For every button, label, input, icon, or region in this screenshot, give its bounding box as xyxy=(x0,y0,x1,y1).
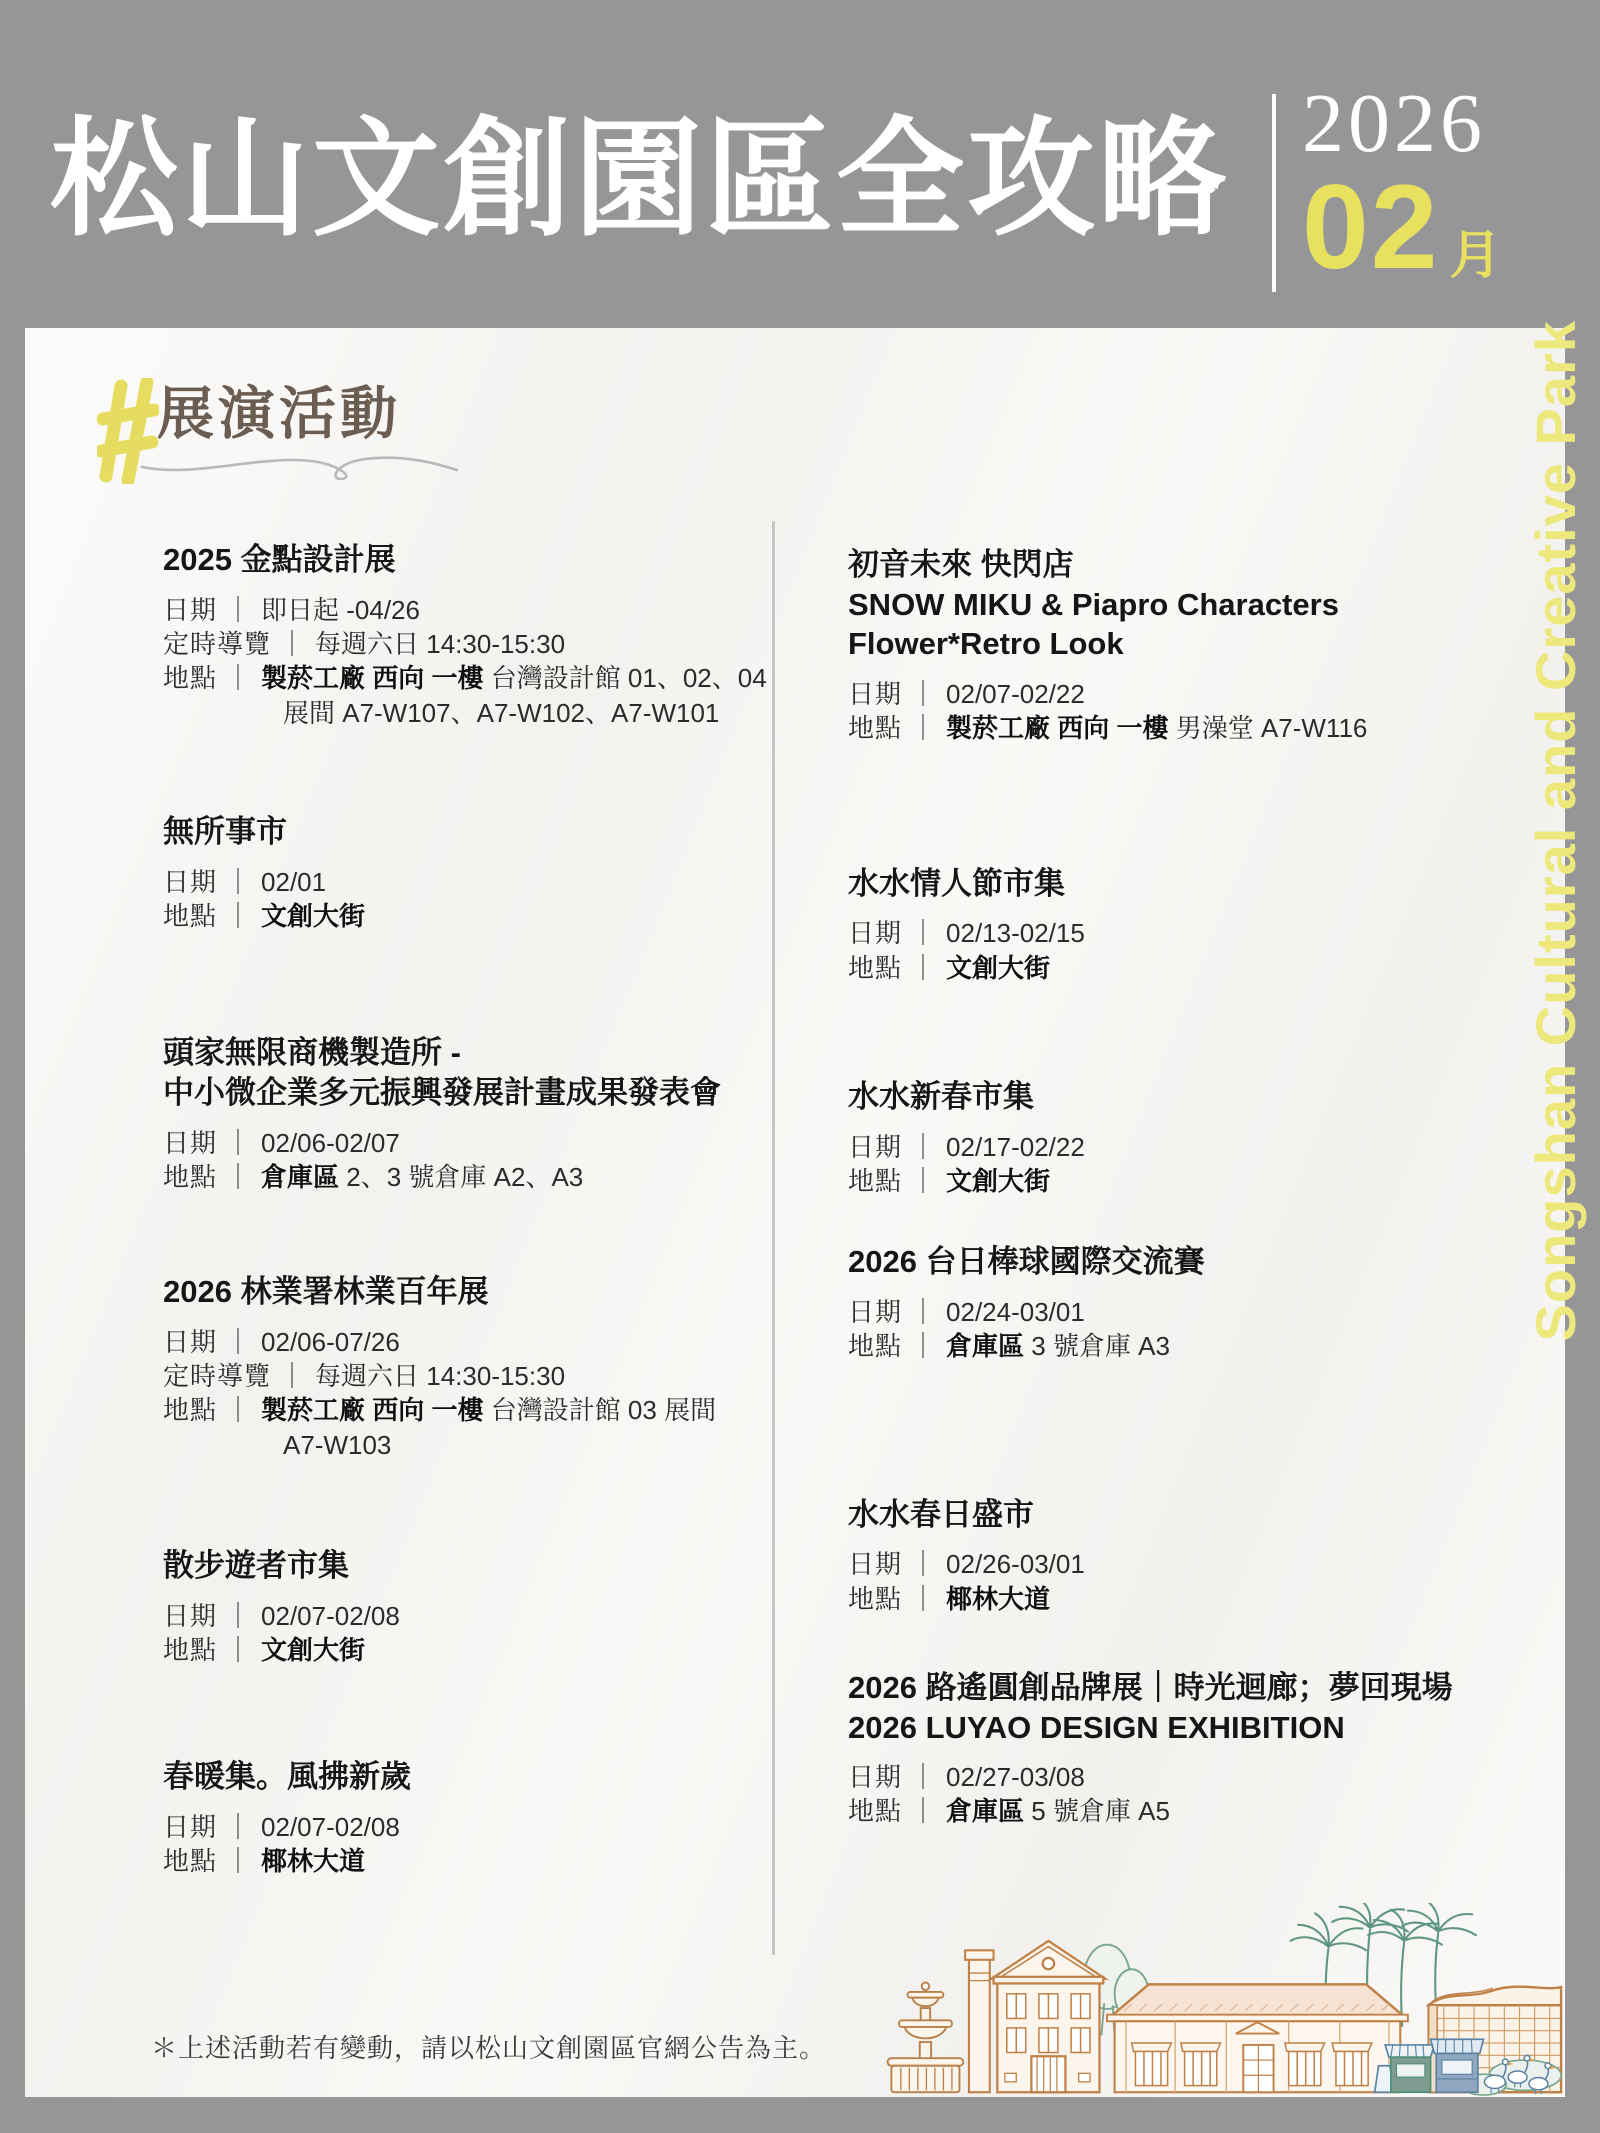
event-row: 地點｜椰林大道 xyxy=(163,1844,768,1878)
event-title: 水水情人節市集 xyxy=(848,864,1508,904)
row-value: 02/01 xyxy=(261,867,326,897)
event-block: 2026 路遙圓創品牌展｜時光迴廊；夢回現場2026 LUYAO DESIGN … xyxy=(848,1668,1508,1829)
event-title: 頭家無限商機製造所 -中小微企業多元振興發展計畫成果發表會 xyxy=(163,1033,768,1112)
event-row: 日期｜02/24-03/01 xyxy=(848,1295,1508,1329)
row-separator: ｜ xyxy=(279,1361,305,1391)
row-label: 地點 xyxy=(163,1395,217,1425)
row-value: 02/17-02/22 xyxy=(946,1132,1085,1162)
value-segment: 文創大街 xyxy=(261,901,365,931)
column-divider xyxy=(772,521,775,1955)
value-segment: 製菸工廠 西向 一樓 xyxy=(261,1395,483,1425)
event-block: 初音未來 快閃店SNOW MIKU & Piapro CharactersFlo… xyxy=(848,545,1508,746)
value-segment: 男澡堂 A7-W116 xyxy=(1168,713,1367,743)
event-row: 日期｜02/06-02/07 xyxy=(163,1126,768,1160)
row-value: 02/07-02/08 xyxy=(261,1601,400,1631)
event-title-line: 水水春日盛市 xyxy=(848,1495,1508,1535)
value-segment: 02/06-02/07 xyxy=(261,1128,400,1158)
event-row: 日期｜02/13-02/15 xyxy=(848,916,1508,950)
row-label: 日期 xyxy=(848,1549,902,1579)
event-block: 2025 金點設計展日期｜即日起 -04/26定時導覽｜每週六日 14:30-1… xyxy=(163,540,768,730)
row-label: 日期 xyxy=(848,1132,902,1162)
row-separator: ｜ xyxy=(225,1128,251,1158)
event-title-line: 2026 路遙圓創品牌展｜時光迴廊；夢回現場 xyxy=(848,1668,1508,1708)
row-value: 02/24-03/01 xyxy=(946,1297,1085,1327)
fountain-icon xyxy=(888,1983,964,2093)
row-value: 文創大街 xyxy=(946,1166,1050,1196)
heritage-hall-icon xyxy=(1107,1984,1408,2092)
event-title-line: 頭家無限商機製造所 - xyxy=(163,1033,768,1073)
row-label: 日期 xyxy=(163,1601,217,1631)
event-block: 無所事市日期｜02/01地點｜文創大街 xyxy=(163,812,768,933)
row-value: 02/06-02/07 xyxy=(261,1128,400,1158)
row-value: 倉庫區 2、3 號倉庫 A2、A3 xyxy=(261,1162,583,1192)
event-title-line: 2026 林業署林業百年展 xyxy=(163,1272,768,1312)
event-title-line: 中小微企業多元振興發展計畫成果發表會 xyxy=(163,1073,768,1113)
row-separator: ｜ xyxy=(225,595,251,625)
event-title: 2025 金點設計展 xyxy=(163,540,768,580)
row-separator: ｜ xyxy=(279,629,305,659)
event-row: 日期｜即日起 -04/26 xyxy=(163,593,768,627)
event-block: 2026 林業署林業百年展日期｜02/06-07/26定時導覽｜每週六日 14:… xyxy=(163,1272,768,1462)
event-title-line: 初音未來 快閃店 xyxy=(848,545,1508,585)
row-separator: ｜ xyxy=(910,713,936,743)
value-segment: 5 號倉庫 A5 xyxy=(1024,1796,1170,1826)
row-label: 地點 xyxy=(163,1846,217,1876)
value-segment: 3 號倉庫 A3 xyxy=(1024,1331,1170,1361)
row-separator: ｜ xyxy=(225,1327,251,1357)
squiggle-underline xyxy=(139,450,461,480)
row-value: 倉庫區 5 號倉庫 A5 xyxy=(946,1796,1170,1826)
events-column-right: 初音未來 快閃店SNOW MIKU & Piapro CharactersFlo… xyxy=(848,545,1508,1829)
row-label: 日期 xyxy=(163,1812,217,1842)
value-segment: 02/13-02/15 xyxy=(946,918,1085,948)
event-title: 水水新春市集 xyxy=(848,1077,1508,1117)
row-label: 日期 xyxy=(163,867,217,897)
row-label: 日期 xyxy=(848,1297,902,1327)
row-separator: ｜ xyxy=(910,1132,936,1162)
value-segment: 即日起 -04/26 xyxy=(261,595,420,625)
value-segment: 每週六日 14:30-15:30 xyxy=(315,629,565,659)
row-continuation: 展間 A7-W107、A7-W102、A7-W101 xyxy=(283,696,768,730)
event-title: 初音未來 快閃店SNOW MIKU & Piapro CharactersFlo… xyxy=(848,545,1508,664)
value-segment: 02/07-02/22 xyxy=(946,679,1085,709)
event-row: 日期｜02/07-02/08 xyxy=(163,1810,768,1844)
row-value: 每週六日 14:30-15:30 xyxy=(315,629,565,659)
row-label: 日期 xyxy=(848,679,902,709)
paper-sheet: 展演活動 2025 金點設計展日期｜即日起 -04/26定時導覽｜每週六日 14… xyxy=(25,328,1565,2097)
event-block: 水水春日盛市日期｜02/26-03/01地點｜椰林大道 xyxy=(848,1495,1508,1616)
row-value: 文創大街 xyxy=(261,901,365,931)
row-separator: ｜ xyxy=(910,1549,936,1579)
row-separator: ｜ xyxy=(910,679,936,709)
row-value: 02/27-03/08 xyxy=(946,1762,1085,1792)
event-title-line: 2026 台日棒球國際交流賽 xyxy=(848,1242,1508,1282)
park-illustration xyxy=(863,1903,1563,2097)
row-separator: ｜ xyxy=(910,953,936,983)
month-number: 02 xyxy=(1302,170,1439,284)
row-separator: ｜ xyxy=(910,1297,936,1327)
row-value: 02/13-02/15 xyxy=(946,918,1085,948)
event-row: 地點｜椰林大道 xyxy=(848,1582,1508,1616)
row-separator: ｜ xyxy=(225,1812,251,1842)
event-row: 地點｜倉庫區 3 號倉庫 A3 xyxy=(848,1329,1508,1363)
event-block: 2026 台日棒球國際交流賽日期｜02/24-03/01地點｜倉庫區 3 號倉庫… xyxy=(848,1242,1508,1363)
event-row: 地點｜製菸工廠 西向 一樓 台灣設計館 01、02、04 xyxy=(163,661,768,695)
row-separator: ｜ xyxy=(225,1601,251,1631)
row-separator: ｜ xyxy=(225,1635,251,1665)
event-title-line: 無所事市 xyxy=(163,812,768,852)
value-segment: 倉庫區 xyxy=(946,1331,1024,1361)
event-title-line: 水水新春市集 xyxy=(848,1077,1508,1117)
value-segment: 台灣設計館 03 展間 xyxy=(483,1395,716,1425)
events-column-left: 2025 金點設計展日期｜即日起 -04/26定時導覽｜每週六日 14:30-1… xyxy=(163,540,768,1879)
value-segment: 文創大街 xyxy=(261,1635,365,1665)
row-label: 地點 xyxy=(848,1331,902,1361)
row-label: 地點 xyxy=(163,1635,217,1665)
event-title-line: 2025 金點設計展 xyxy=(163,540,768,580)
event-title-line: 散步遊者市集 xyxy=(163,1546,768,1586)
row-separator: ｜ xyxy=(910,1796,936,1826)
event-title: 散步遊者市集 xyxy=(163,1546,768,1586)
value-segment: 椰林大道 xyxy=(946,1584,1050,1614)
row-value: 02/06-07/26 xyxy=(261,1327,400,1357)
row-value: 文創大街 xyxy=(946,953,1050,983)
value-segment: 02/27-03/08 xyxy=(946,1762,1085,1792)
row-value: 製菸工廠 西向 一樓 台灣設計館 01、02、04 xyxy=(261,663,767,693)
row-label: 日期 xyxy=(163,1327,217,1357)
row-continuation: A7-W103 xyxy=(283,1428,768,1462)
row-label: 地點 xyxy=(848,713,902,743)
row-label: 日期 xyxy=(163,595,217,625)
event-title: 2026 路遙圓創品牌展｜時光迴廊；夢回現場2026 LUYAO DESIGN … xyxy=(848,1668,1508,1747)
event-row: 日期｜02/27-03/08 xyxy=(848,1760,1508,1794)
event-row: 日期｜02/17-02/22 xyxy=(848,1130,1508,1164)
event-row: 定時導覽｜每週六日 14:30-15:30 xyxy=(163,627,768,661)
row-value: 02/07-02/08 xyxy=(261,1812,400,1842)
date-block: 2026 02 月 xyxy=(1302,82,1502,284)
value-segment: 文創大街 xyxy=(946,1166,1050,1196)
footer-note: ＊上述活動若有變動，請以松山文創園區官網公告為主。 xyxy=(151,2028,826,2065)
row-label: 地點 xyxy=(848,953,902,983)
value-segment: 02/17-02/22 xyxy=(946,1132,1085,1162)
row-label: 定時導覽 xyxy=(163,1361,271,1391)
row-label: 地點 xyxy=(848,1796,902,1826)
chimney-icon xyxy=(965,1950,993,2092)
row-value: 椰林大道 xyxy=(946,1584,1050,1614)
section-title: 展演活動 xyxy=(157,386,401,443)
event-row: 日期｜02/01 xyxy=(163,865,768,899)
event-row: 地點｜文創大街 xyxy=(163,899,768,933)
row-label: 日期 xyxy=(848,1762,902,1792)
value-segment: 台灣設計館 01、02、04 xyxy=(483,663,766,693)
event-title: 2026 台日棒球國際交流賽 xyxy=(848,1242,1508,1282)
event-title-line: 水水情人節市集 xyxy=(848,864,1508,904)
event-row: 日期｜02/07-02/08 xyxy=(163,1599,768,1633)
row-separator: ｜ xyxy=(225,1846,251,1876)
value-segment: 每週六日 14:30-15:30 xyxy=(315,1361,565,1391)
row-label: 地點 xyxy=(163,1162,217,1192)
value-segment: 文創大街 xyxy=(946,953,1050,983)
event-title: 無所事市 xyxy=(163,812,768,852)
row-label: 地點 xyxy=(163,901,217,931)
row-label: 定時導覽 xyxy=(163,629,271,659)
row-value: 即日起 -04/26 xyxy=(261,595,420,625)
value-segment: 倉庫區 xyxy=(946,1796,1024,1826)
header-divider-line xyxy=(1272,94,1276,292)
row-value: 椰林大道 xyxy=(261,1846,365,1876)
row-label: 地點 xyxy=(163,663,217,693)
page-title: 松山文創園區全攻略 xyxy=(50,116,1229,244)
row-separator: ｜ xyxy=(225,901,251,931)
event-row: 地點｜文創大街 xyxy=(848,951,1508,985)
event-block: 頭家無限商機製造所 -中小微企業多元振興發展計畫成果發表會日期｜02/06-02… xyxy=(163,1033,768,1194)
event-title-line: SNOW MIKU & Piapro Characters xyxy=(848,585,1508,625)
event-row: 日期｜02/06-07/26 xyxy=(163,1325,768,1359)
event-row: 日期｜02/07-02/22 xyxy=(848,677,1508,711)
event-row: 地點｜文創大街 xyxy=(848,1164,1508,1198)
value-segment: 02/01 xyxy=(261,867,326,897)
event-title: 水水春日盛市 xyxy=(848,1495,1508,1535)
event-title-line: Flower*Retro Look xyxy=(848,624,1508,664)
event-row: 地點｜製菸工廠 西向 一樓 男澡堂 A7-W116 xyxy=(848,711,1508,745)
row-separator: ｜ xyxy=(910,918,936,948)
row-separator: ｜ xyxy=(225,867,251,897)
row-separator: ｜ xyxy=(910,1331,936,1361)
event-row: 地點｜倉庫區 5 號倉庫 A5 xyxy=(848,1794,1508,1828)
month-row: 02 月 xyxy=(1302,170,1502,284)
event-row: 定時導覽｜每週六日 14:30-15:30 xyxy=(163,1359,768,1393)
poster-page: 松山文創園區全攻略 2026 02 月 展演活動 2025 金點設計展日期｜即日… xyxy=(0,0,1600,2133)
event-title-line: 春暖集。風拂新歲 xyxy=(163,1757,768,1797)
row-label: 地點 xyxy=(848,1166,902,1196)
event-block: 春暖集。風拂新歲日期｜02/07-02/08地點｜椰林大道 xyxy=(163,1757,768,1878)
row-separator: ｜ xyxy=(225,1395,251,1425)
row-value: 每週六日 14:30-15:30 xyxy=(315,1361,565,1391)
row-separator: ｜ xyxy=(910,1762,936,1792)
event-row: 日期｜02/26-03/01 xyxy=(848,1547,1508,1581)
event-row: 地點｜倉庫區 2、3 號倉庫 A2、A3 xyxy=(163,1160,768,1194)
event-row: 地點｜製菸工廠 西向 一樓 台灣設計館 03 展間 xyxy=(163,1393,768,1427)
year-label: 2026 xyxy=(1302,82,1502,166)
row-separator: ｜ xyxy=(225,663,251,693)
event-block: 水水情人節市集日期｜02/13-02/15地點｜文創大街 xyxy=(848,864,1508,985)
row-value: 製菸工廠 西向 一樓 台灣設計館 03 展間 xyxy=(261,1395,716,1425)
value-segment: 02/07-02/08 xyxy=(261,1812,400,1842)
value-segment: 2、3 號倉庫 A2、A3 xyxy=(339,1162,583,1192)
event-title: 2026 林業署林業百年展 xyxy=(163,1272,768,1312)
row-value: 製菸工廠 西向 一樓 男澡堂 A7-W116 xyxy=(946,713,1367,743)
event-title-line: 2026 LUYAO DESIGN EXHIBITION xyxy=(848,1708,1508,1748)
value-segment: 02/26-03/01 xyxy=(946,1549,1085,1579)
event-row: 地點｜文創大街 xyxy=(163,1633,768,1667)
value-segment: 02/24-03/01 xyxy=(946,1297,1085,1327)
row-separator: ｜ xyxy=(910,1166,936,1196)
event-block: 水水新春市集日期｜02/17-02/22地點｜文創大街 xyxy=(848,1077,1508,1198)
row-value: 文創大街 xyxy=(261,1635,365,1665)
value-segment: 製菸工廠 西向 一樓 xyxy=(261,663,483,693)
row-value: 倉庫區 3 號倉庫 A3 xyxy=(946,1331,1170,1361)
value-segment: 02/07-02/08 xyxy=(261,1601,400,1631)
row-separator: ｜ xyxy=(910,1584,936,1614)
month-unit: 月 xyxy=(1449,229,1501,284)
value-segment: 02/06-07/26 xyxy=(261,1327,400,1357)
value-segment: 椰林大道 xyxy=(261,1846,365,1876)
row-label: 日期 xyxy=(848,918,902,948)
event-block: 散步遊者市集日期｜02/07-02/08地點｜文創大街 xyxy=(163,1546,768,1667)
value-segment: 製菸工廠 西向 一樓 xyxy=(946,713,1168,743)
side-wordmark: Songshan Cultural and Creative Park xyxy=(1528,320,1584,1341)
row-value: 02/26-03/01 xyxy=(946,1549,1085,1579)
row-value: 02/07-02/22 xyxy=(946,679,1085,709)
market-stall-icon xyxy=(1375,2039,1484,2092)
value-segment: 倉庫區 xyxy=(261,1162,339,1192)
row-label: 日期 xyxy=(163,1128,217,1158)
row-separator: ｜ xyxy=(225,1162,251,1192)
event-title: 春暖集。風拂新歲 xyxy=(163,1757,768,1797)
row-label: 地點 xyxy=(848,1584,902,1614)
